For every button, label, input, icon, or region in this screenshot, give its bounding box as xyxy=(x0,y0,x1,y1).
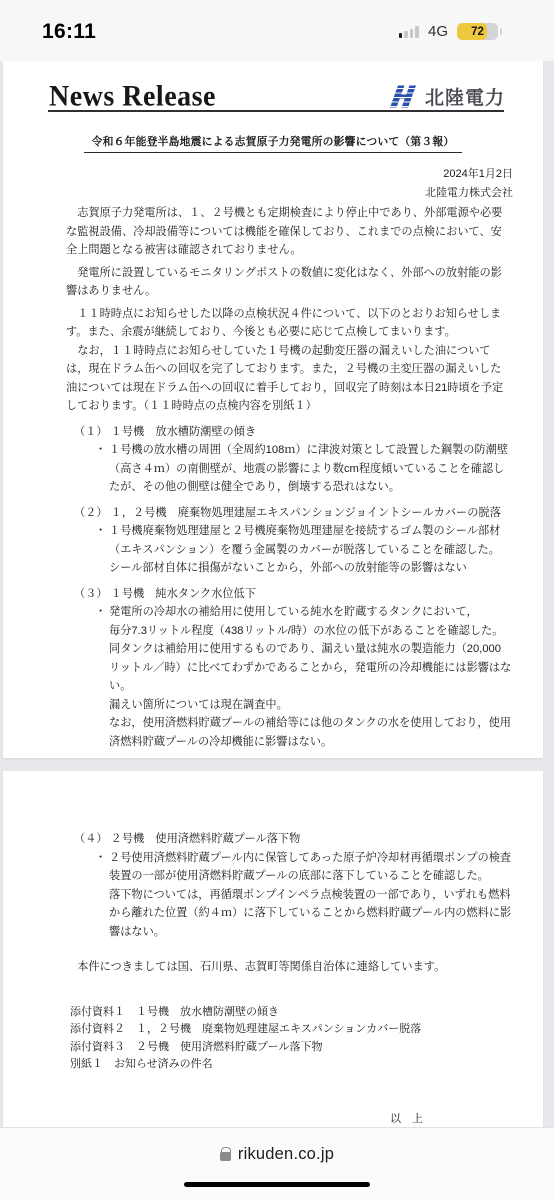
bullet-marker: ・ xyxy=(95,849,109,942)
lock-icon xyxy=(220,1152,231,1161)
document-body-page2: （４） ２号機 使用済燃料貯蔵プール落下物 ・ ２号使用済燃料貯蔵プール内に保管… xyxy=(3,830,543,1127)
section-4-heading: （４） ２号機 使用済燃料貯蔵プール落下物 xyxy=(66,830,518,849)
browser-bottom-bar: rikuden.co.jp xyxy=(0,1127,554,1200)
bullet-marker: ・ xyxy=(95,441,109,497)
section-1-bullet-text: １号機の放水槽の周囲（全周約108ｍ）に津波対策として設置した鋼製の防潮壁 （高… xyxy=(109,441,518,497)
attachment-item: 添付資料３ ２号機 使用済燃料貯蔵プール落下物 xyxy=(70,1039,518,1057)
url-text: rikuden.co.jp xyxy=(238,1145,334,1164)
document-page-1: News Release xyxy=(3,61,543,758)
section-4-bullet: ・ ２号使用済燃料貯蔵プール内に保管してあった原子炉冷却材再循環ポンプの検査 装… xyxy=(66,849,518,942)
document-page-2: （４） ２号機 使用済燃料貯蔵プール落下物 ・ ２号使用済燃料貯蔵プール内に保管… xyxy=(3,771,543,1127)
section-1: （１） １号機 放水槽防潮壁の傾き ・ １号機の放水槽の周囲（全周約108ｍ）に… xyxy=(66,423,518,497)
attachment-item: 添付資料２ １，２号機 廃棄物処理建屋エキスパンションカバー脱落 xyxy=(70,1021,518,1039)
section-4: （４） ２号機 使用済燃料貯蔵プール落下物 ・ ２号使用済燃料貯蔵プール内に保管… xyxy=(66,830,518,941)
battery-icon: 72 xyxy=(457,23,498,40)
bullet-marker: ・ xyxy=(95,522,109,578)
notification-paragraph: 本件につきましては国、石川県、志賀町等関係自治体に連絡しています。 xyxy=(66,958,518,977)
section-1-heading: （１） １号機 放水槽防潮壁の傾き xyxy=(66,423,518,442)
section-2-heading: （２） １，２号機 廃棄物処理建屋エキスパンションジョイントシールカバーの脱落 xyxy=(66,504,518,523)
paragraph-monitoring: 発電所に設置しているモニタリングポストの数値に変化はなく、外部への放射能の影 響… xyxy=(66,264,518,301)
masthead-rule xyxy=(48,110,504,112)
section-4-bullet-text: ２号使用済燃料貯蔵プール内に保管してあった原子炉冷却材再循環ポンプの検査 装置の… xyxy=(109,849,518,942)
status-bar: 16:11 4G 72 xyxy=(0,0,554,61)
brand-name: 北陸電力 xyxy=(425,83,505,110)
network-type-label: 4G xyxy=(428,23,448,40)
attachments-list: 添付資料１ １号機 放水槽防潮壁の傾き 添付資料２ １，２号機 廃棄物処理建屋エ… xyxy=(66,1004,518,1074)
battery-percent: 72 xyxy=(457,23,498,40)
hokuriku-logo-icon xyxy=(389,85,419,108)
section-3-bullet: ・ 発電所の冷却水の補給用に使用している純水を貯蔵するタンクにおいて， 毎分7.… xyxy=(66,603,518,751)
url-bar[interactable]: rikuden.co.jp xyxy=(0,1145,554,1164)
document-title: 令和６年能登半島地震による志賀原子力発電所の影響について（第３報） xyxy=(84,134,463,153)
brand-logo: 北陸電力 xyxy=(389,83,505,110)
document-body: 志賀原子力発電所は、１、２号機とも定期検査により停止中であり、外部電源や必要 な… xyxy=(3,204,543,751)
attachment-item: 別紙１ お知らせ済みの件名 xyxy=(70,1056,518,1074)
home-indicator[interactable] xyxy=(184,1182,370,1187)
closing-mark: 以 上 xyxy=(66,1110,423,1128)
cellular-signal-icon xyxy=(399,26,419,38)
section-3: （３） １号機 純水タンク水位低下 ・ 発電所の冷却水の補給用に使用している純水… xyxy=(66,585,518,752)
section-2: （２） １，２号機 廃棄物処理建屋エキスパンションジョイントシールカバーの脱落 … xyxy=(66,504,518,578)
company-name: 北陸電力株式会社 xyxy=(425,184,513,203)
section-3-bullet-text: 発電所の冷却水の補給用に使用している純水を貯蔵するタンクにおいて， 毎分7.3リ… xyxy=(109,603,518,751)
bullet-marker: ・ xyxy=(95,603,109,751)
section-1-bullet: ・ １号機の放水槽の周囲（全周約108ｍ）に津波対策として設置した鋼製の防潮壁 … xyxy=(66,441,518,497)
section-2-bullet-text: １号機廃棄物処理建屋と２号機廃棄物処理建屋を接続するゴム製のシール部材 （エキス… xyxy=(109,522,518,578)
paragraph-status: 志賀原子力発電所は、１、２号機とも定期検査により停止中であり、外部電源や必要 な… xyxy=(66,204,518,260)
status-indicators: 4G 72 xyxy=(399,23,502,40)
masthead: News Release xyxy=(49,81,505,112)
paragraph-update: １１時時点にお知らせした以降の点検状況４件について、以下のとおりお知らせしま す… xyxy=(66,305,518,416)
section-3-heading: （３） １号機 純水タンク水位低下 xyxy=(66,585,518,604)
document-date: 2024年1月2日 xyxy=(425,165,513,184)
attachment-item: 添付資料１ １号機 放水槽防潮壁の傾き xyxy=(70,1004,518,1022)
phone-screen: 16:11 4G 72 News Release xyxy=(0,0,554,1200)
news-release-wordmark: News Release xyxy=(49,80,216,113)
byline: 2024年1月2日 北陸電力株式会社 xyxy=(425,165,513,202)
status-time: 16:11 xyxy=(42,20,96,44)
section-2-bullet: ・ １号機廃棄物処理建屋と２号機廃棄物処理建屋を接続するゴム製のシール部材 （エ… xyxy=(66,522,518,578)
battery-tip-icon xyxy=(500,28,503,35)
